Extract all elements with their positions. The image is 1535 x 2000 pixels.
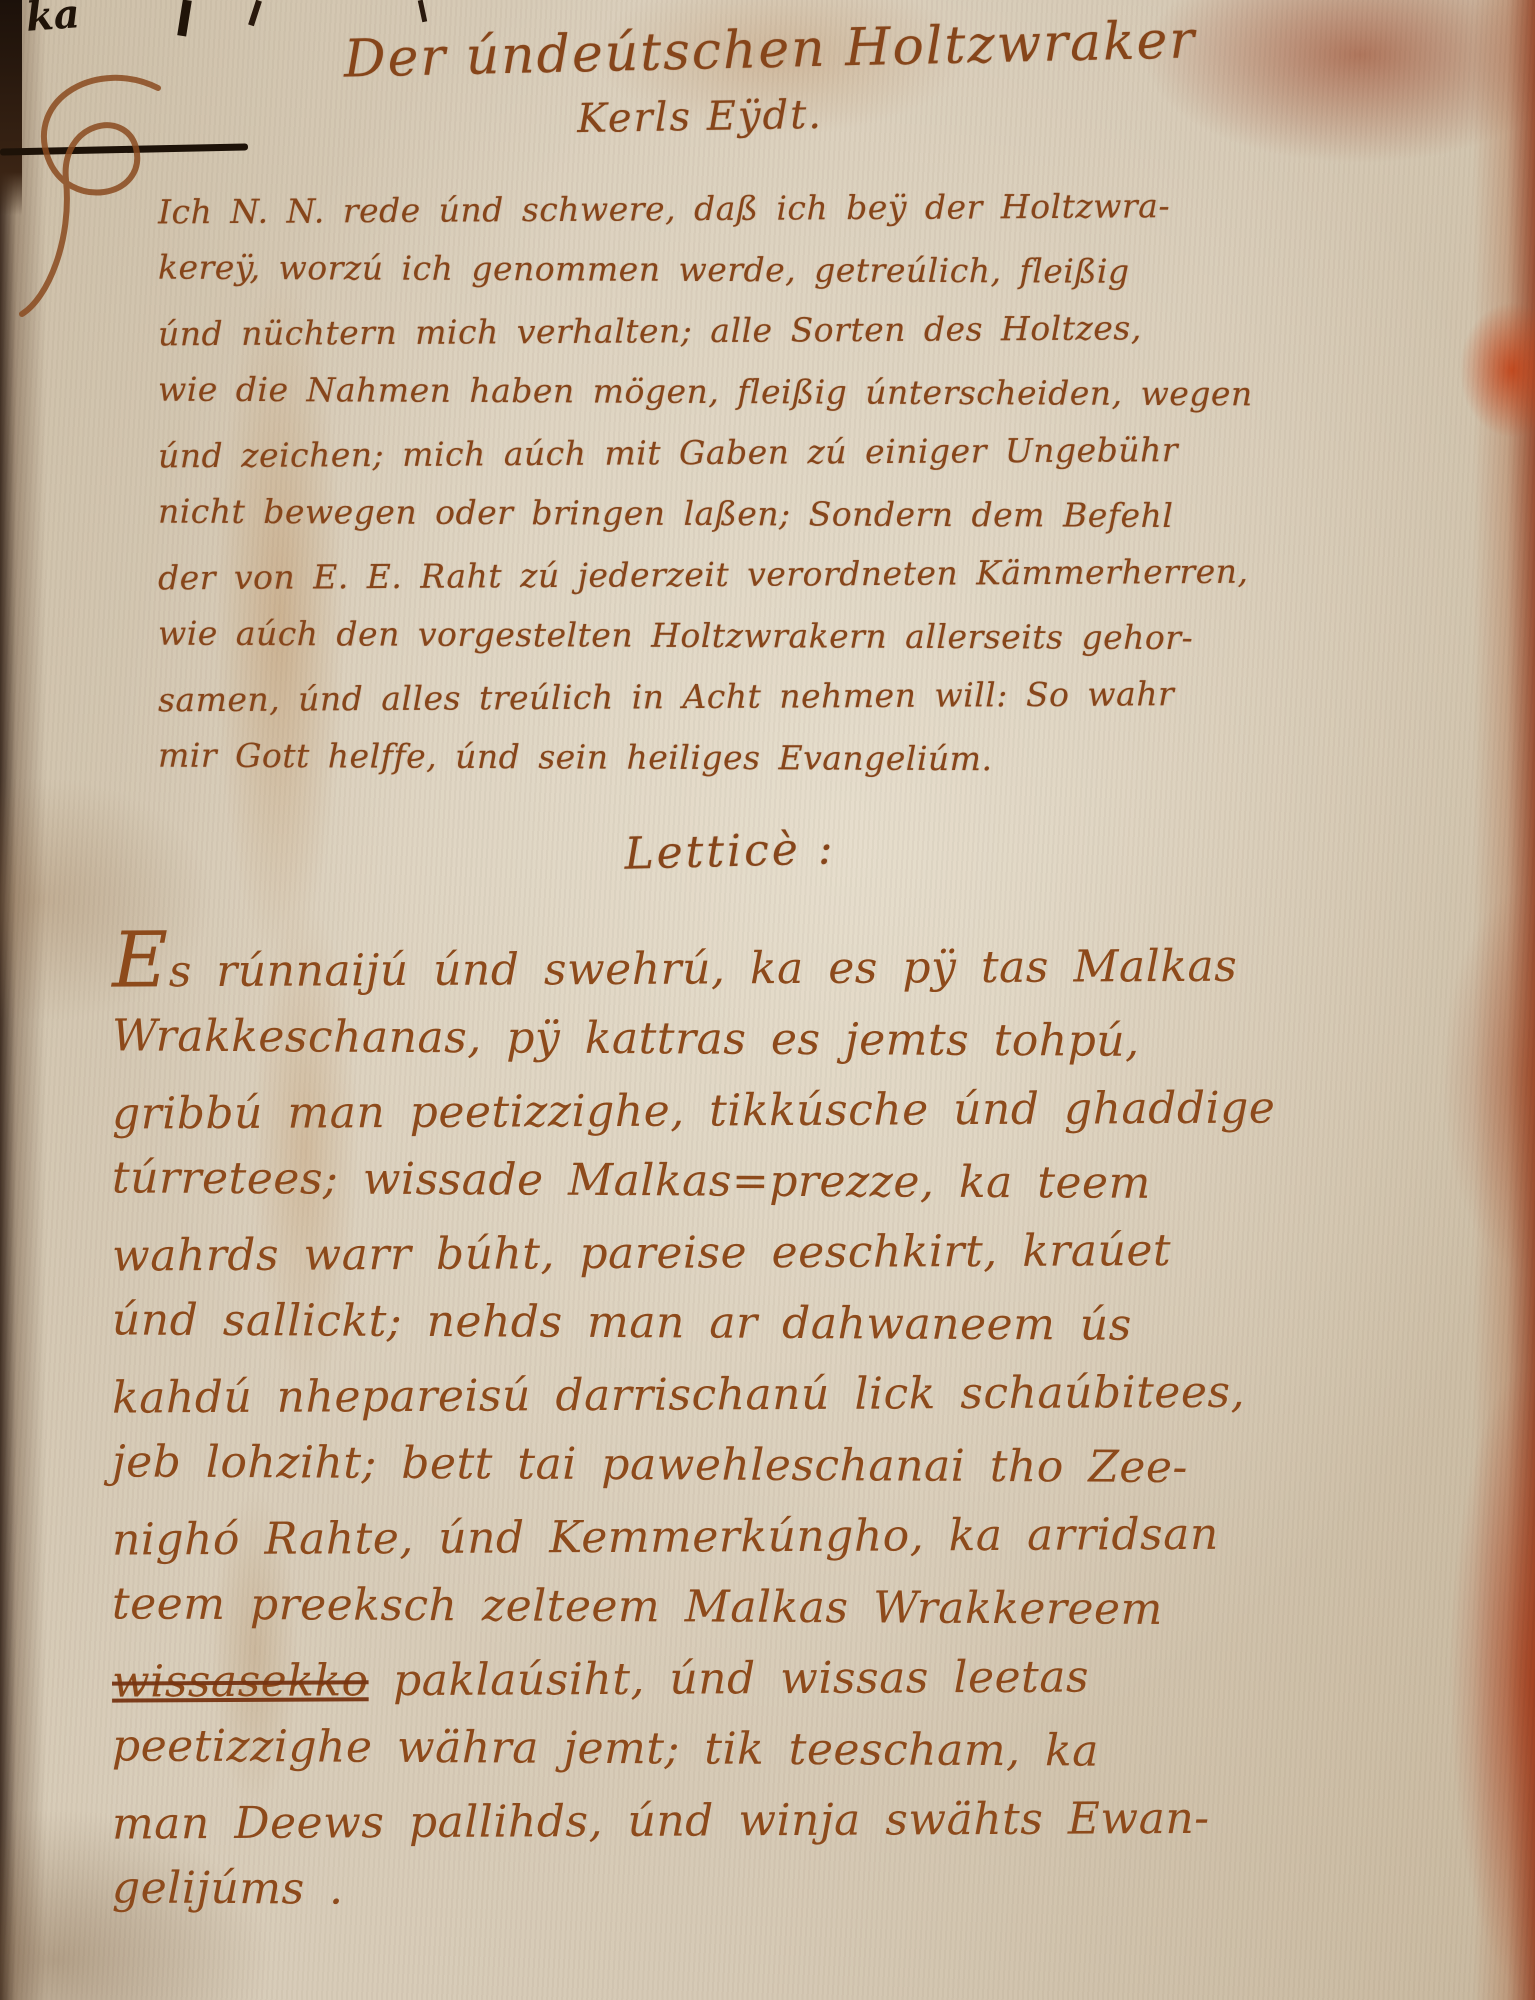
latvian-oath-line-rest: paklaúsiht, únd wissas leetas — [368, 1651, 1089, 1706]
latvian-oath-line: túrretees; wissade Malkas=prezze, ka tee… — [112, 1142, 1482, 1220]
german-oath-line: wie aúch den vorgestelten Holtzwrakern a… — [158, 603, 1268, 669]
latvian-oath-line: Wrakkeschanas, pÿ kattras es jemts tohpú… — [112, 1000, 1482, 1078]
german-oath-line: der von E. E. Raht zú jederzeit verordne… — [158, 541, 1268, 609]
document-title-line2: Kerls Eÿdt. — [300, 87, 1101, 147]
margin-ink-tick — [248, 0, 262, 26]
pen-flourish-initial — [8, 70, 178, 320]
margin-mark-ka: ka — [24, 0, 81, 41]
struck-word: wissasekko — [112, 1655, 369, 1707]
german-oath-line: samen, únd alles treúlich in Acht nehmen… — [158, 663, 1268, 731]
german-oath-line: wie die Nahmen haben mögen, fleißig únte… — [158, 359, 1268, 425]
latvian-oath-line: gelijúms . — [112, 1852, 1482, 1930]
latvian-oath-line-with-strike: wissasekko paklaúsiht, únd wissas leetas — [112, 1639, 1482, 1717]
latvian-oath-line: kahdú nhepareisú darrischanú lick schaúb… — [112, 1355, 1482, 1433]
latvian-oath-line: nighó Rahte, únd Kemmerkúngho, ka arrids… — [112, 1497, 1482, 1575]
document-title-line1: Der úndeútschen Holtzwraker — [234, 8, 1305, 92]
manuscript-page: ka Der úndeútschen Holtzwraker Kerls Eÿd… — [0, 0, 1535, 2000]
margin-ink-tick — [418, 0, 427, 22]
latvian-oath-line: jeb lohziht; bett tai pawehleschanai tho… — [112, 1426, 1482, 1504]
latvian-oath-line: man Deews pallihds, únd winja swähts Ewa… — [112, 1781, 1482, 1859]
german-oath-line: mir Gott helffe, únd sein heiliges Evang… — [158, 725, 1268, 791]
latvian-oath-line: teem preeksch zelteem Malkas Wrakkereem — [112, 1568, 1482, 1646]
german-oath-line: kereÿ, worzú ich genommen werde, getreúl… — [158, 237, 1268, 303]
latvian-oath-line: gribbú man peetizzighe, tikkúsche únd gh… — [112, 1071, 1482, 1149]
german-oath-section: Ich N. N. rede únd schwere, daß ich beÿ … — [158, 178, 1268, 788]
german-oath-line: únd nüchtern mich verhalten; alle Sorten… — [158, 297, 1268, 365]
latvian-oath-line: wahrds warr búht, pareise eeschkirt, kra… — [112, 1213, 1482, 1291]
lettice-heading: Letticè : — [459, 819, 1000, 884]
latvian-oath-line: peetizzighe währa jemt; tik teescham, ka — [112, 1710, 1482, 1788]
margin-ink-stroke — [177, 0, 192, 36]
latvian-oath-line: únd sallickt; nehds man ar dahwaneem ús — [112, 1284, 1482, 1362]
latvian-oath-section: Es rúnnaijú únd swehrú, ka es pÿ tas Mal… — [112, 922, 1482, 1927]
german-oath-line: Ich N. N. rede únd schwere, daß ich beÿ … — [158, 175, 1268, 243]
german-oath-line: únd zeichen; mich aúch mit Gaben zú eini… — [158, 419, 1268, 487]
german-oath-line: nicht bewegen oder bringen laßen; Sonder… — [158, 481, 1268, 547]
latvian-oath-line: Es rúnnaijú únd swehrú, ka es pÿ tas Mal… — [112, 918, 1482, 1007]
